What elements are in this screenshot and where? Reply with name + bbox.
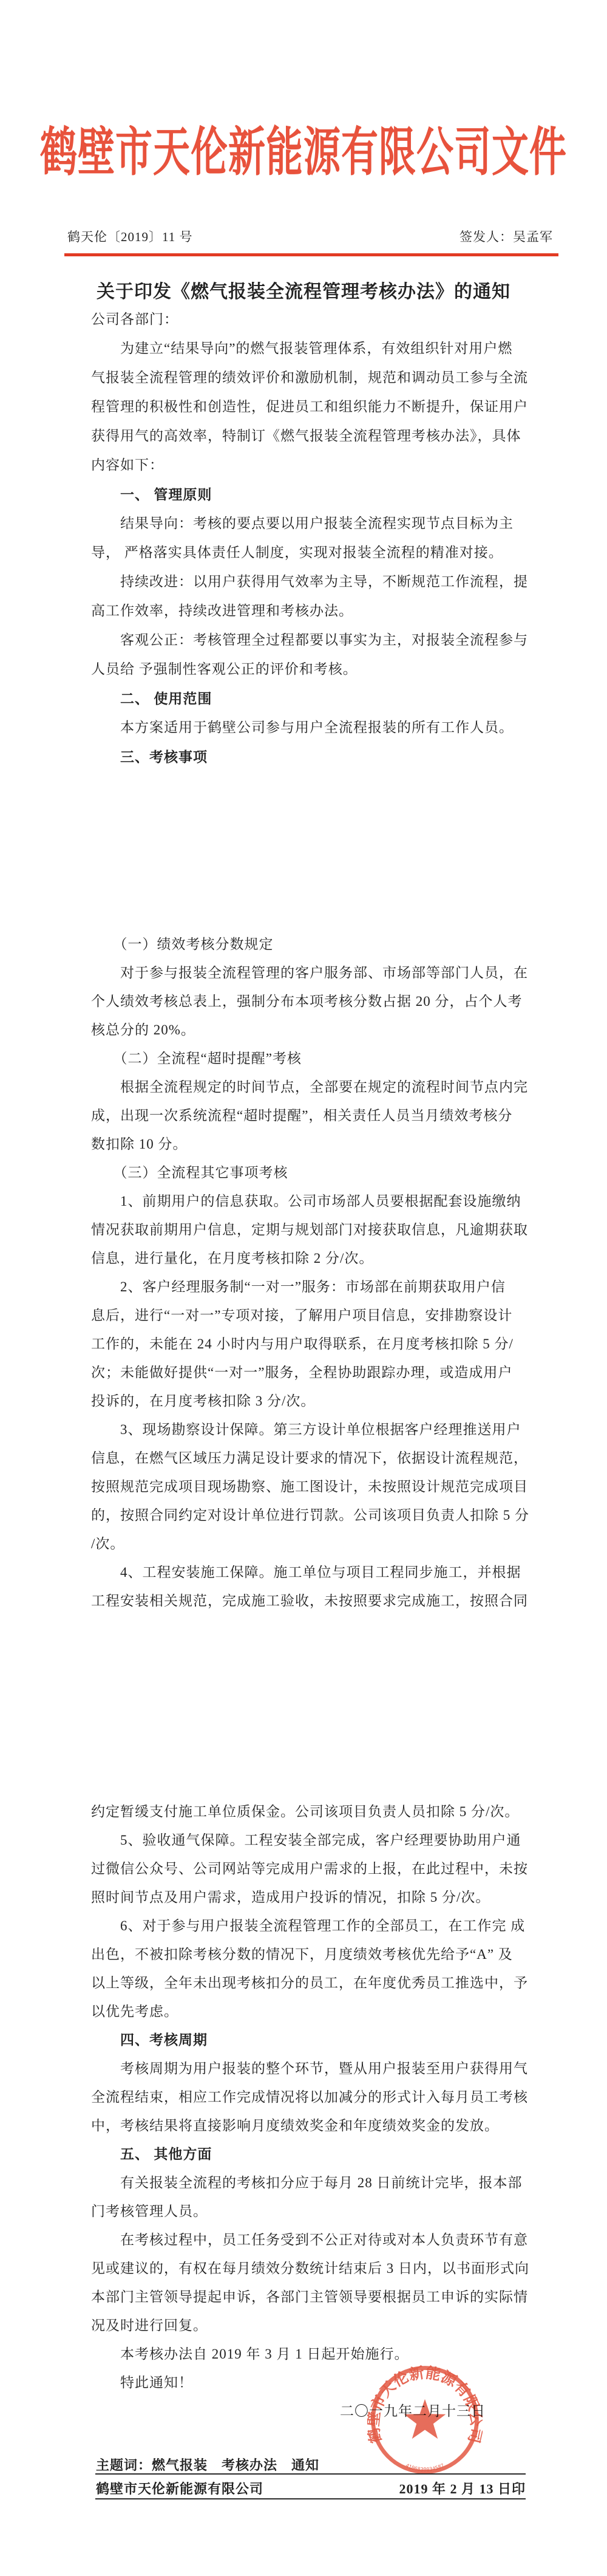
text-line: 四、考核周期 — [91, 2026, 532, 2054]
text-line: 情况获取前期用户信息，定期与规划部门对接获取信息，凡逾期获取 — [91, 1215, 532, 1244]
document-number: 鹤天伦〔2019〕11 号 — [67, 227, 192, 245]
text-line: 数扣除 10 分。 — [91, 1130, 532, 1158]
footer-issuing-row: 鹤壁市天伦新能源有限公司 2019 年 2 月 13 日印 — [96, 2479, 526, 2498]
text-line: 公司各部门： — [91, 305, 532, 334]
seal-star-icon — [404, 2399, 446, 2439]
text-line: 结果导向：考核的要点要以用户报装全流程实现节点目标为主 — [91, 509, 532, 538]
text-line: 三、考核事项 — [91, 742, 532, 771]
text-line: 根据全流程规定的时间节点，全部要在规定的流程时间节点内完 — [91, 1073, 532, 1101]
text-line: 投诉的，在月度考核扣除 3 分/次。 — [91, 1387, 532, 1415]
text-line: 以优先考虑。 — [91, 1997, 532, 2026]
text-line: 照时间节点及用户需求，造成用户投诉的情况，扣除 5 分/次。 — [91, 1883, 532, 1912]
text-line: 考核周期为用户报装的整个环节，暨从用户报装至用户获得用气 — [91, 2054, 532, 2083]
text-line: （一）绩效考核分数规定 — [91, 930, 532, 958]
text-line: 获得用气的高效率，特制订《燃气报装全流程管理考核办法》，具体 — [91, 422, 532, 451]
text-line: 门考核管理人员。 — [91, 2197, 532, 2226]
text-line: 为建立“结果导向”的燃气报装管理体系，有效组织针对用户燃 — [91, 334, 532, 363]
text-line: 出色，不被扣除考核分数的情况下，月度绩效考核优先给予“A” 及 — [91, 1940, 532, 1969]
text-line: 4、工程安装施工保障。施工单位与项目工程同步施工，并根据 — [91, 1558, 532, 1587]
text-line: 本方案适用于鹤壁公司参与用户全流程报装的所有工作人员。 — [91, 713, 532, 742]
text-line: 过微信公众号、公司网站等完成用户需求的上报，在此过程中，未按 — [91, 1854, 532, 1883]
text-line: 以上等级，全年未出现考核扣分的员工，在年度优秀员工推选中，予 — [91, 1969, 532, 1997]
text-line: 全流程结束，相应工作完成情况将以加减分的形式计入每月员工考核 — [91, 2083, 532, 2111]
text-line: 2、客户经理服务制“一对一”服务：市场部在前期获取用户信 — [91, 1273, 532, 1301]
body-page-2: （一）绩效考核分数规定 对于参与报装全流程管理的客户服务部、市场部等部门人员，在… — [91, 930, 532, 1615]
text-line: 3、现场勘察设计保障。第三方设计单位根据客户经理推送用户 — [91, 1415, 532, 1444]
text-line: 内容如下： — [91, 451, 532, 480]
text-line: 成，出现一次系统流程“超时提醒”，相关责任人员当月绩效考核分 — [91, 1101, 532, 1130]
text-line: 本部门主管领导提起申诉，各部门主管领导要根据员工申诉的实际情 — [91, 2283, 532, 2311]
text-line: 信息，进行量化，在月度考核扣除 2 分/次。 — [91, 1244, 532, 1273]
text-line: 核总分的 20%。 — [91, 1016, 532, 1044]
text-line: 见或建议的，有权在每月绩效分数统计结束后 3 日内，以书面形式向 — [91, 2254, 532, 2283]
text-line: 6、对于参与用户报装全流程管理工作的全部员工，在工作完 成 — [91, 1912, 532, 1940]
text-line: 中，考核结果将直接影响月度绩效奖金和年度绩效奖金的发放。 — [91, 2111, 532, 2140]
text-line: 5、验收通气保障。工程安装全部完成，客户经理要协助用户通 — [91, 1826, 532, 1854]
text-line: 高工作效率，持续改进管理和考核办法。 — [91, 596, 532, 626]
issuing-org: 鹤壁市天伦新能源有限公司 — [96, 2479, 263, 2498]
red-divider-line — [64, 253, 558, 256]
text-line: 1、前期用户的信息获取。公司市场部人员要根据配套设施缴纳 — [91, 1187, 532, 1215]
footer-rule-top — [95, 2473, 526, 2475]
text-line: 次；未能做好提供“一对一”服务，全程协助跟踪办理，或造成用户 — [91, 1358, 532, 1387]
print-date: 2019 年 2 月 13 日印 — [399, 2479, 526, 2498]
text-line: 持续改进：以用户获得用气效率为主导，不断规范工作流程，提 — [91, 567, 532, 596]
text-line: 导， 严格落实具体责任人制度，实现对报装全流程的精准对接。 — [91, 538, 532, 567]
text-line: 一、 管理原则 — [91, 480, 532, 509]
text-line: 程管理的积极性和创造性，促进员工和组织能力不断提升，保证用户 — [91, 392, 532, 422]
text-line: 约定暂缓支付施工单位质保金。公司该项目负责人员扣除 5 分/次。 — [91, 1797, 532, 1826]
document-title: 关于印发《燃气报装全流程管理考核办法》的通知 — [0, 276, 607, 303]
text-line: /次。 — [91, 1529, 532, 1558]
text-line: 气报装全流程管理的绩效评价和激励机制，规范和调动员工参与全流 — [91, 363, 532, 392]
text-line: 个人绩效考核总表上，强制分布本项考核分数占据 20 分，占个人考 — [91, 987, 532, 1016]
letterhead-banner: 鹤壁市天伦新能源有限公司文件 — [0, 111, 607, 186]
text-line: 息后，进行“一对一”专项对接，了解用户项目信息，安排勘察设计 — [91, 1301, 532, 1330]
text-line: 五、 其他方面 — [91, 2140, 532, 2168]
text-line: 工程安装相关规范，完成施工验收，未按照要求完成施工，按照合同 — [91, 1587, 532, 1615]
text-line: 在考核过程中，员工任务受到不公正对待或对本人负责环节有意 — [91, 2226, 532, 2254]
footer-rule-bottom — [95, 2498, 526, 2499]
body-page-1: 公司各部门： 为建立“结果导向”的燃气报装管理体系，有效组织针对用户燃气报装全流… — [91, 305, 532, 771]
text-line: 按照规范完成项目现场勘察、施工图设计，未按照设计规范完成项目 — [91, 1472, 532, 1501]
text-line: 的，按照合同约定对设计单位进行罚款。公司该项目负责人扣除 5 分 — [91, 1501, 532, 1529]
text-line: 客观公正：考核管理全过程都要以事实为主，对报装全流程参与 — [91, 626, 532, 655]
issuer-name: 签发人：吴孟军 — [459, 227, 553, 245]
text-line: 二、 使用范围 — [91, 684, 532, 713]
subject-keywords: 主题词：燃气报装 考核办法 通知 — [96, 2455, 526, 2474]
text-line: 对于参与报装全流程管理的客户服务部、市场部等部门人员，在 — [91, 958, 532, 987]
text-line: 有关报装全流程的考核扣分应于每月 28 日前统计完毕，报本部 — [91, 2168, 532, 2197]
text-line: 信息，在燃气区域压力满足设计要求的情况下，依据设计流程规范， — [91, 1444, 532, 1472]
text-line: （三）全流程其它事项考核 — [91, 1158, 532, 1187]
text-line: （二）全流程“超时提醒”考核 — [91, 1044, 532, 1073]
body-page-3: 约定暂缓支付施工单位质保金。公司该项目负责人员扣除 5 分/次。 5、验收通气保… — [91, 1797, 532, 2425]
text-line: 工作的，未能在 24 小时内与用户取得联系，在月度考核扣除 5 分/ — [91, 1330, 532, 1358]
text-line: 况及时进行回复。 — [91, 2311, 532, 2340]
text-line: 人员给 予强制性客观公正的评价和考核。 — [91, 655, 532, 684]
